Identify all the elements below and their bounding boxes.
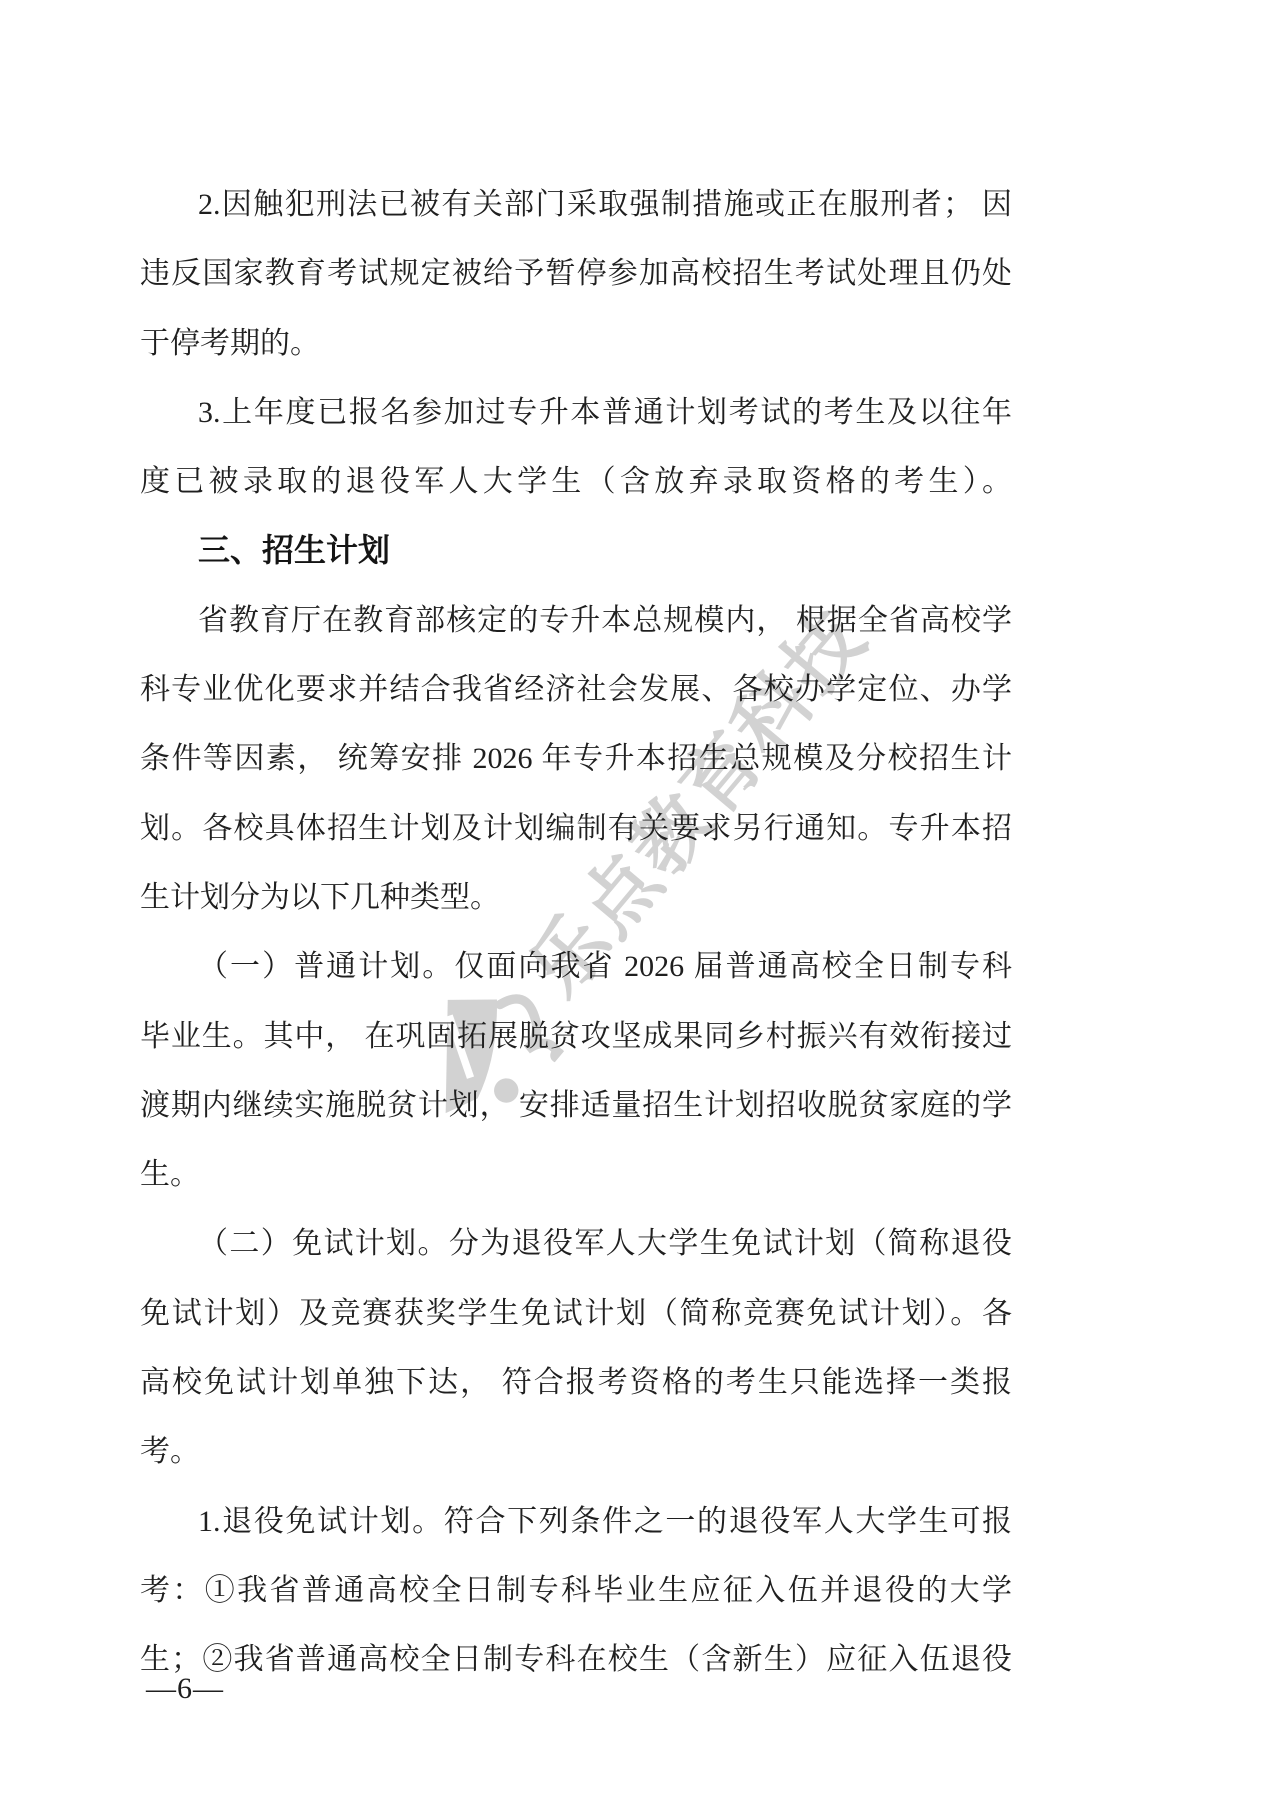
text-line: 科专业优化要求并结合我省经济社会发展、各校办学定位、办学 (140, 655, 1012, 724)
paragraph: 2.因触犯刑法已被有关部门采取强制措施或正在服刑者； 因违反国家教育考试规定被给… (140, 170, 1012, 378)
text-line: 于停考期的。 (140, 309, 1012, 378)
text-line: 渡期内继续实施脱贫计划， 安排适量招生计划招收脱贫家庭的学 (140, 1071, 1012, 1140)
paragraph: 1.退役免试计划。符合下列条件之一的退役军人大学生可报考：①我省普通高校全日制专… (140, 1487, 1012, 1695)
text-line: （二）免试计划。分为退役军人大学生免试计划（简称退役 (140, 1209, 1012, 1278)
paragraph: 省教育厅在教育部核定的专升本总规模内， 根据全省高校学科专业优化要求并结合我省经… (140, 586, 1012, 932)
text-line: 1.退役免试计划。符合下列条件之一的退役军人大学生可报 (140, 1487, 1012, 1556)
paragraph: 3.上年度已报名参加过专升本普通计划考试的考生及以往年度已被录取的退役军人大学生… (140, 378, 1012, 517)
text-line: 2.因触犯刑法已被有关部门采取强制措施或正在服刑者； 因 (140, 170, 1012, 239)
text-line: （一）普通计划。仅面向我省 2026 届普通高校全日制专科 (140, 932, 1012, 1001)
text-line: 考：①我省普通高校全日制专科毕业生应征入伍并退役的大学 (140, 1556, 1012, 1625)
text-line: 考。 (140, 1417, 1012, 1486)
text-line: 毕业生。其中， 在巩固拓展脱贫攻坚成果同乡村振兴有效衔接过 (140, 1002, 1012, 1071)
section-heading: 三、招生计划 (140, 516, 1012, 585)
text-line: 违反国家教育考试规定被给予暂停参加高校招生考试处理且仍处 (140, 239, 1012, 308)
page-number: —6— (146, 1666, 224, 1712)
text-line: 高校免试计划单独下达， 符合报考资格的考生只能选择一类报 (140, 1348, 1012, 1417)
text-line: 度已被录取的退役军人大学生（含放弃录取资格的考生）。 (140, 447, 1012, 516)
text-line: 免试计划）及竞赛获奖学生免试计划（简称竞赛免试计划）。各 (140, 1279, 1012, 1348)
text-line: 生；②我省普通高校全日制专科在校生（含新生）应征入伍退役 (140, 1625, 1012, 1694)
text-line: 三、招生计划 (140, 516, 1012, 585)
paragraph: （二）免试计划。分为退役军人大学生免试计划（简称退役免试计划）及竞赛获奖学生免试… (140, 1209, 1012, 1486)
text-line: 划。各校具体招生计划及计划编制有关要求另行通知。专升本招 (140, 794, 1012, 863)
text-line: 条件等因素， 统筹安排 2026 年专升本招生总规模及分校招生计 (140, 724, 1012, 793)
text-line: 生。 (140, 1140, 1012, 1209)
paragraph: （一）普通计划。仅面向我省 2026 届普通高校全日制专科毕业生。其中， 在巩固… (140, 932, 1012, 1209)
document-body: 2.因触犯刑法已被有关部门采取强制措施或正在服刑者； 因违反国家教育考试规定被给… (140, 170, 1012, 1695)
text-line: 生计划分为以下几种类型。 (140, 863, 1012, 932)
text-line: 3.上年度已报名参加过专升本普通计划考试的考生及以往年 (140, 378, 1012, 447)
document-page: 乐点教育科技 2.因触犯刑法已被有关部门采取强制措施或正在服刑者； 因违反国家教… (0, 0, 1280, 1810)
text-line: 省教育厅在教育部核定的专升本总规模内， 根据全省高校学 (140, 586, 1012, 655)
